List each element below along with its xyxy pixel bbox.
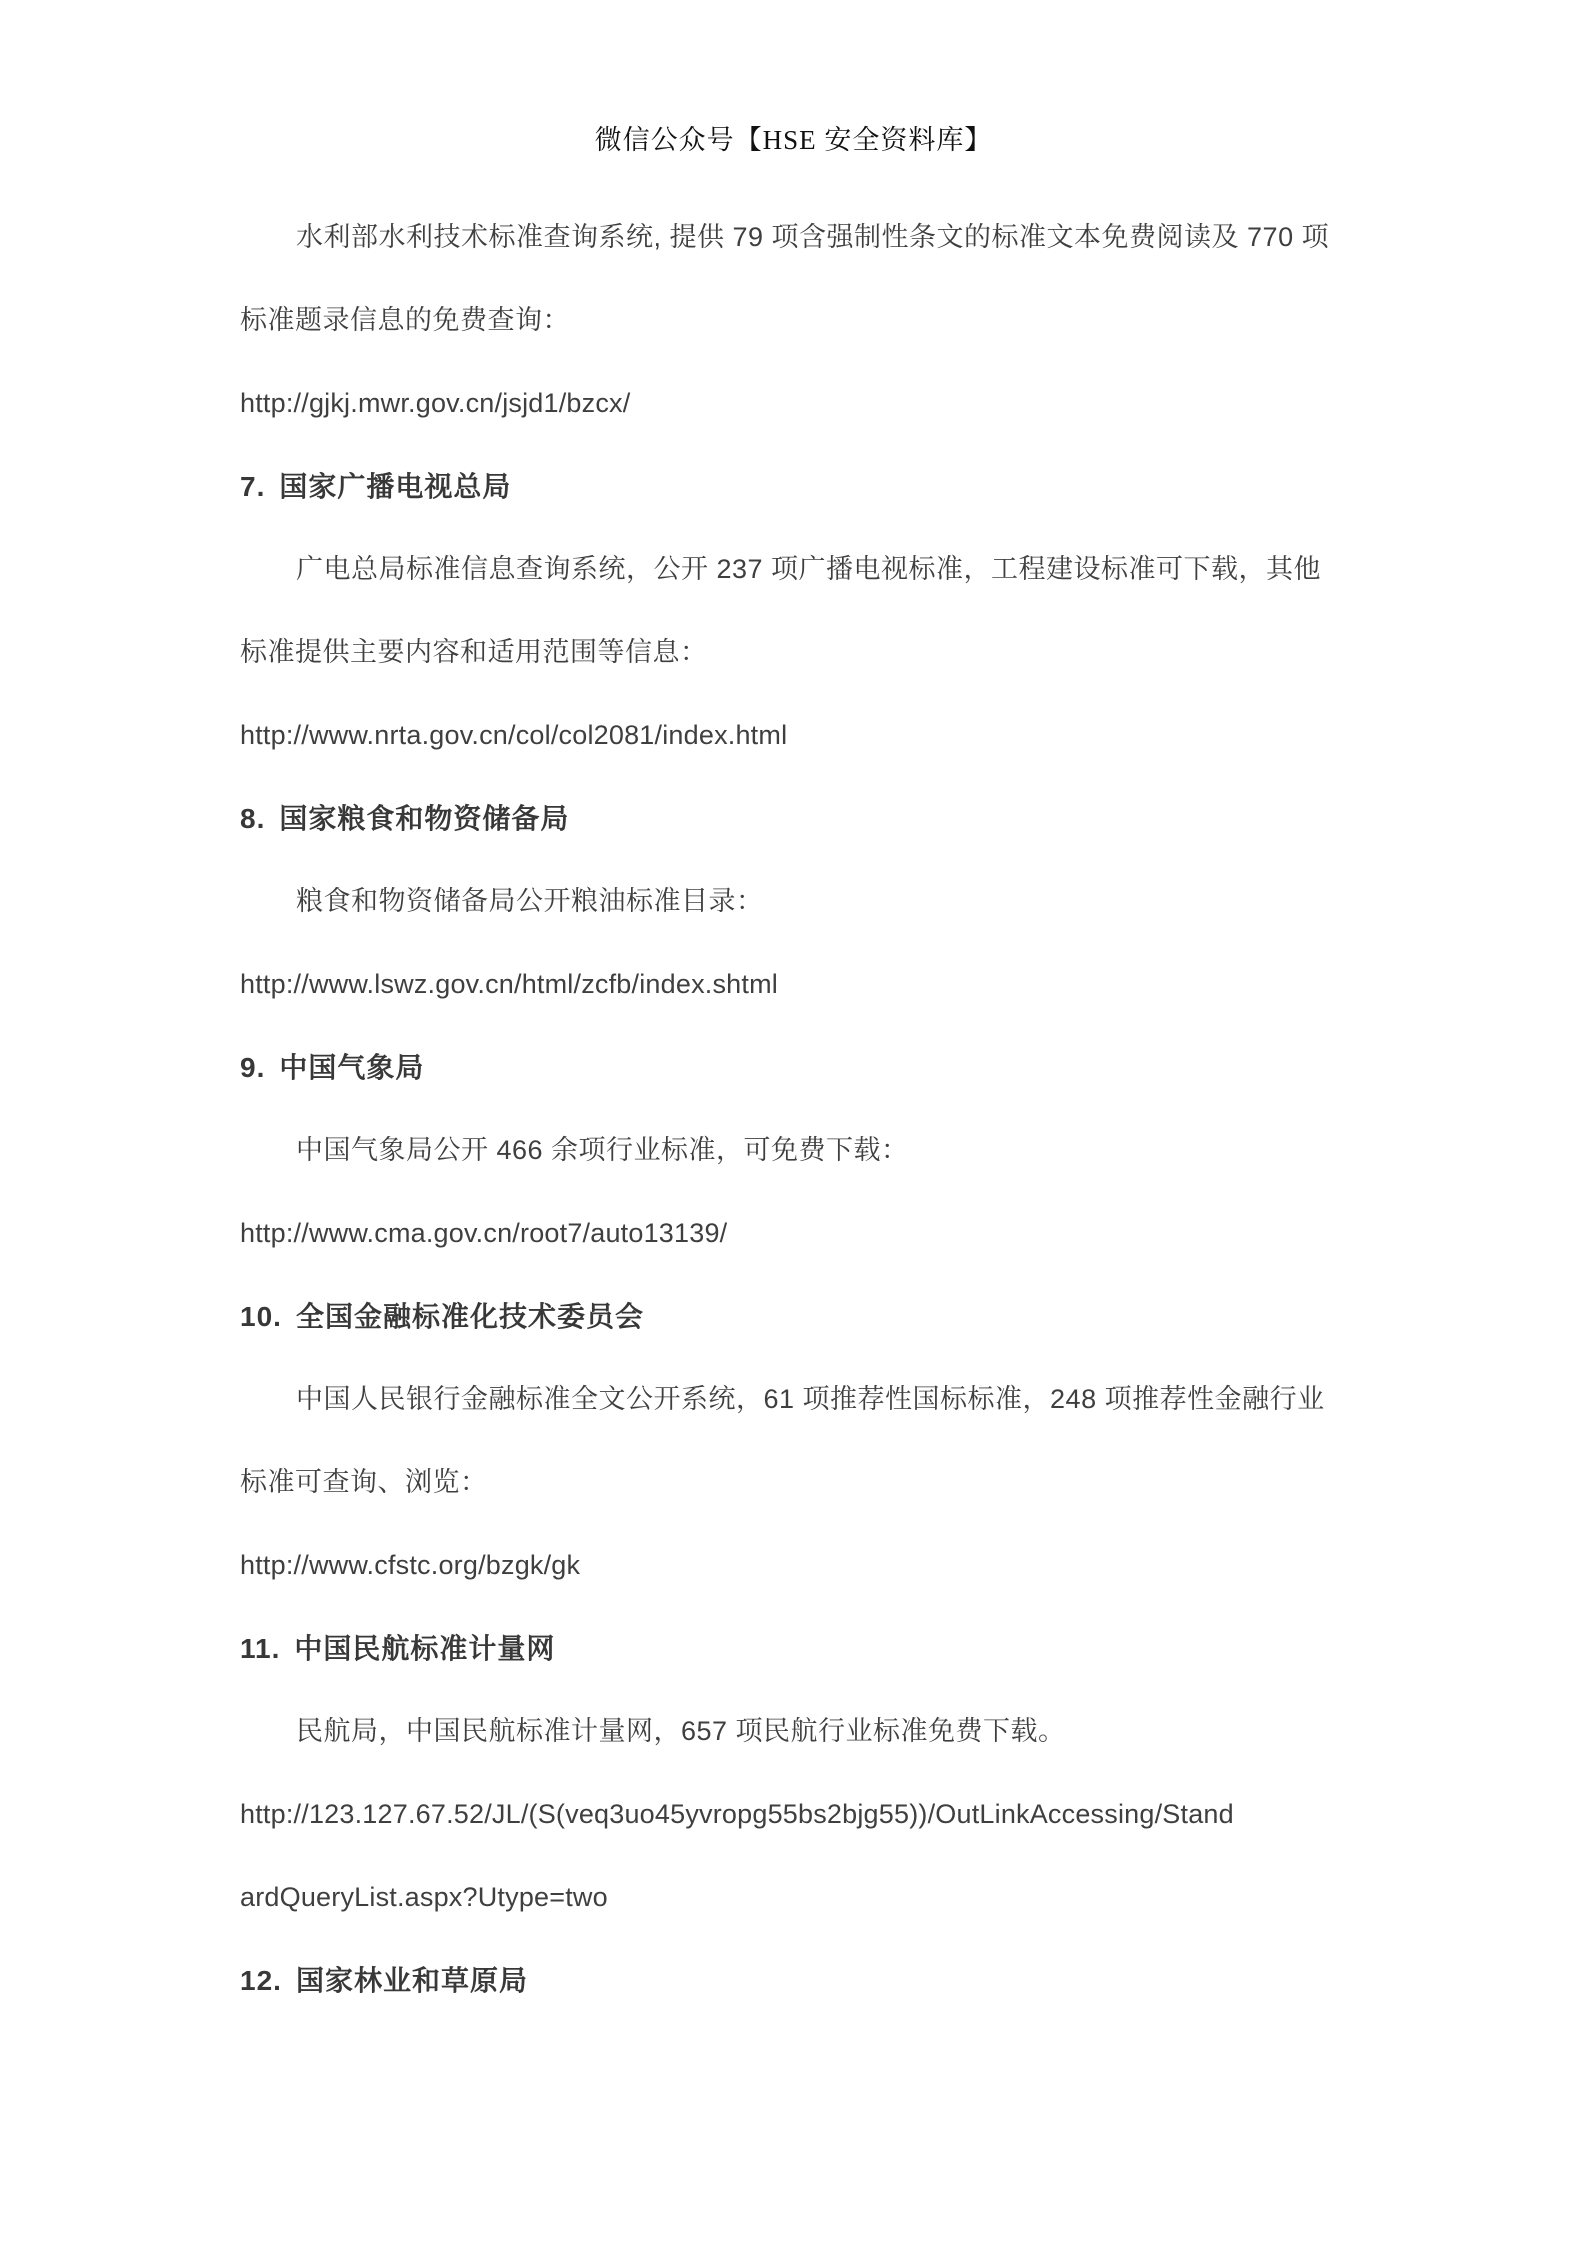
paragraph-line: 标准提供主要内容和适用范围等信息：: [240, 611, 1360, 694]
paragraph-line: 中国人民银行金融标准全文公开系统，61 项推荐性国标标准，248 项推荐性金融行…: [240, 1358, 1360, 1441]
paragraph-line: 水利部水利技术标准查询系统, 提供 79 项含强制性条文的标准文本免费阅读及 7…: [240, 196, 1360, 279]
section-heading-12: 12.国家林业和草原局: [240, 1939, 1360, 2022]
url-line: http://www.lswz.gov.cn/html/zcfb/index.s…: [240, 943, 1360, 1026]
section-title: 国家粮食和物资储备局: [279, 803, 569, 834]
url-line: http://123.127.67.52/JL/(S(veq3uo45yvrop…: [240, 1773, 1360, 1856]
url-line: ardQueryList.aspx?Utype=two: [240, 1856, 1360, 1939]
section-number: 11.: [240, 1607, 280, 1690]
section-number: 8.: [240, 777, 265, 860]
section-heading-10: 10.全国金融标准化技术委员会: [240, 1275, 1360, 1358]
paragraph-line: 标准可查询、浏览：: [240, 1441, 1360, 1524]
paragraph-line: 民航局，中国民航标准计量网，657 项民航行业标准免费下载。: [240, 1690, 1360, 1773]
section-number: 10.: [240, 1275, 282, 1358]
paragraph-line: 标准题录信息的免费查询：: [240, 279, 1360, 362]
page-header-watermark: 微信公众号【HSE 安全资料库】: [0, 118, 1587, 162]
section-title: 中国民航标准计量网: [294, 1633, 555, 1664]
document-page: 微信公众号【HSE 安全资料库】 水利部水利技术标准查询系统, 提供 79 项含…: [0, 0, 1587, 2245]
url-line: http://gjkj.mwr.gov.cn/jsjd1/bzcx/: [240, 362, 1360, 445]
section-title: 中国气象局: [279, 1052, 424, 1083]
url-line: http://www.nrta.gov.cn/col/col2081/index…: [240, 694, 1360, 777]
section-number: 12.: [240, 1939, 282, 2022]
section-heading-7: 7.国家广播电视总局: [240, 445, 1360, 528]
section-heading-11: 11.中国民航标准计量网: [240, 1607, 1360, 1690]
section-title: 国家广播电视总局: [279, 471, 511, 502]
section-title: 全国金融标准化技术委员会: [296, 1301, 644, 1332]
url-line: http://www.cfstc.org/bzgk/gk: [240, 1524, 1360, 1607]
paragraph-line: 中国气象局公开 466 余项行业标准，可免费下载：: [240, 1109, 1360, 1192]
section-number: 9.: [240, 1026, 265, 1109]
section-heading-9: 9.中国气象局: [240, 1026, 1360, 1109]
document-body: 水利部水利技术标准查询系统, 提供 79 项含强制性条文的标准文本免费阅读及 7…: [240, 196, 1360, 2022]
section-heading-8: 8.国家粮食和物资储备局: [240, 777, 1360, 860]
paragraph-line: 广电总局标准信息查询系统，公开 237 项广播电视标准，工程建设标准可下载，其他: [240, 528, 1360, 611]
section-title: 国家林业和草原局: [296, 1965, 528, 1996]
url-line: http://www.cma.gov.cn/root7/auto13139/: [240, 1192, 1360, 1275]
section-number: 7.: [240, 445, 265, 528]
paragraph-line: 粮食和物资储备局公开粮油标准目录：: [240, 860, 1360, 943]
